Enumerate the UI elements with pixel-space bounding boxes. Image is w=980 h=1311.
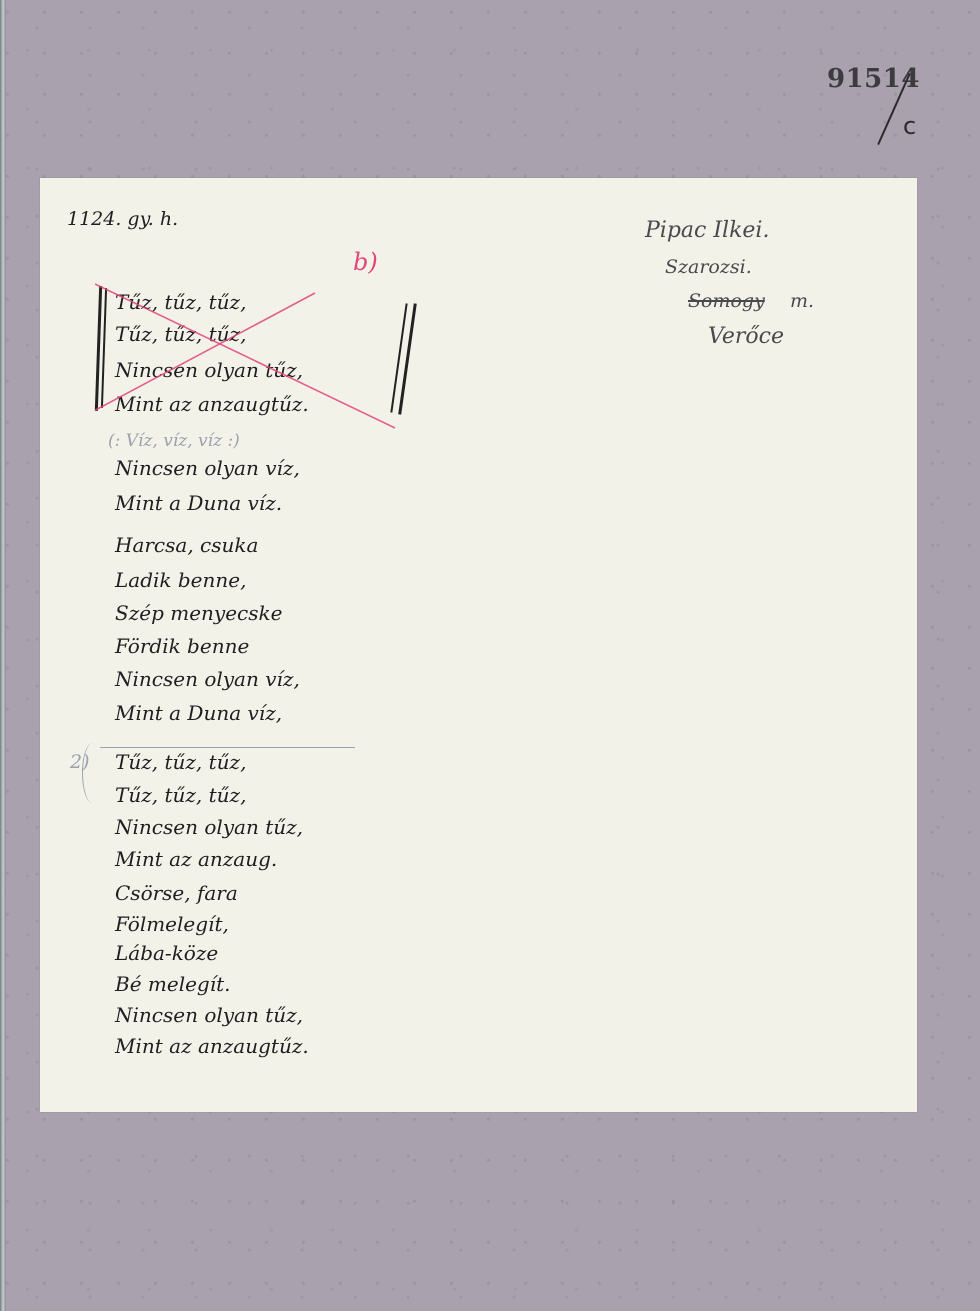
poem-line: Mint az anzaugtűz. [115,1034,309,1058]
poem-line: Nincsen olyan tűz, [115,815,303,839]
poem-line: Fölmelegít, [115,912,229,936]
poem-line: Nincsen olyan tűz, [115,1003,303,1027]
poem-line: Csörse, fara [115,881,238,905]
reference-code: 1124. gy. h. [67,208,178,230]
poem-line: Tűz, tűz, tűz, [115,750,246,774]
poem-line: Lába-köze [115,941,218,965]
poem-line: Nincsen olyan víz, [115,456,300,480]
county-correction: Verőce [708,324,784,349]
county-suffix: m. [790,290,814,312]
poem-line: Bé melegít. [115,972,231,996]
red-cross-out-mark [95,278,415,438]
card-left-edge [0,0,6,1311]
poem-line: Tűz, tűz, tűz, [115,783,246,807]
poem-line: Mint az anzaug. [115,847,277,871]
poem-line: Szép menyecske [115,601,282,625]
poem-line: Mint a Duna víz, [115,701,282,725]
poem-line: Nincsen olyan víz, [115,667,300,691]
section-label-pencil: 2) [70,751,90,773]
manuscript-sheet: 1124. gy. h. b) Tűz, tűz, tűz, Tűz, tűz,… [40,178,917,1112]
performer-name: Pipac Ilkei. [645,218,769,243]
pencil-note: (: Víz, víz, víz :) [108,431,240,451]
archive-suffix: c [903,112,916,140]
poem-line: Harcsa, csuka [115,533,258,557]
place-name: Szarozsi. [665,256,752,278]
section-label-red: b) [353,248,378,276]
poem-line: Ladik benne, [115,568,246,592]
poem-line: Fördik benne [115,634,249,658]
county-struck: Somogy [688,290,765,312]
poem-line: Mint a Duna víz. [115,491,282,515]
pencil-divider-line [100,747,355,748]
